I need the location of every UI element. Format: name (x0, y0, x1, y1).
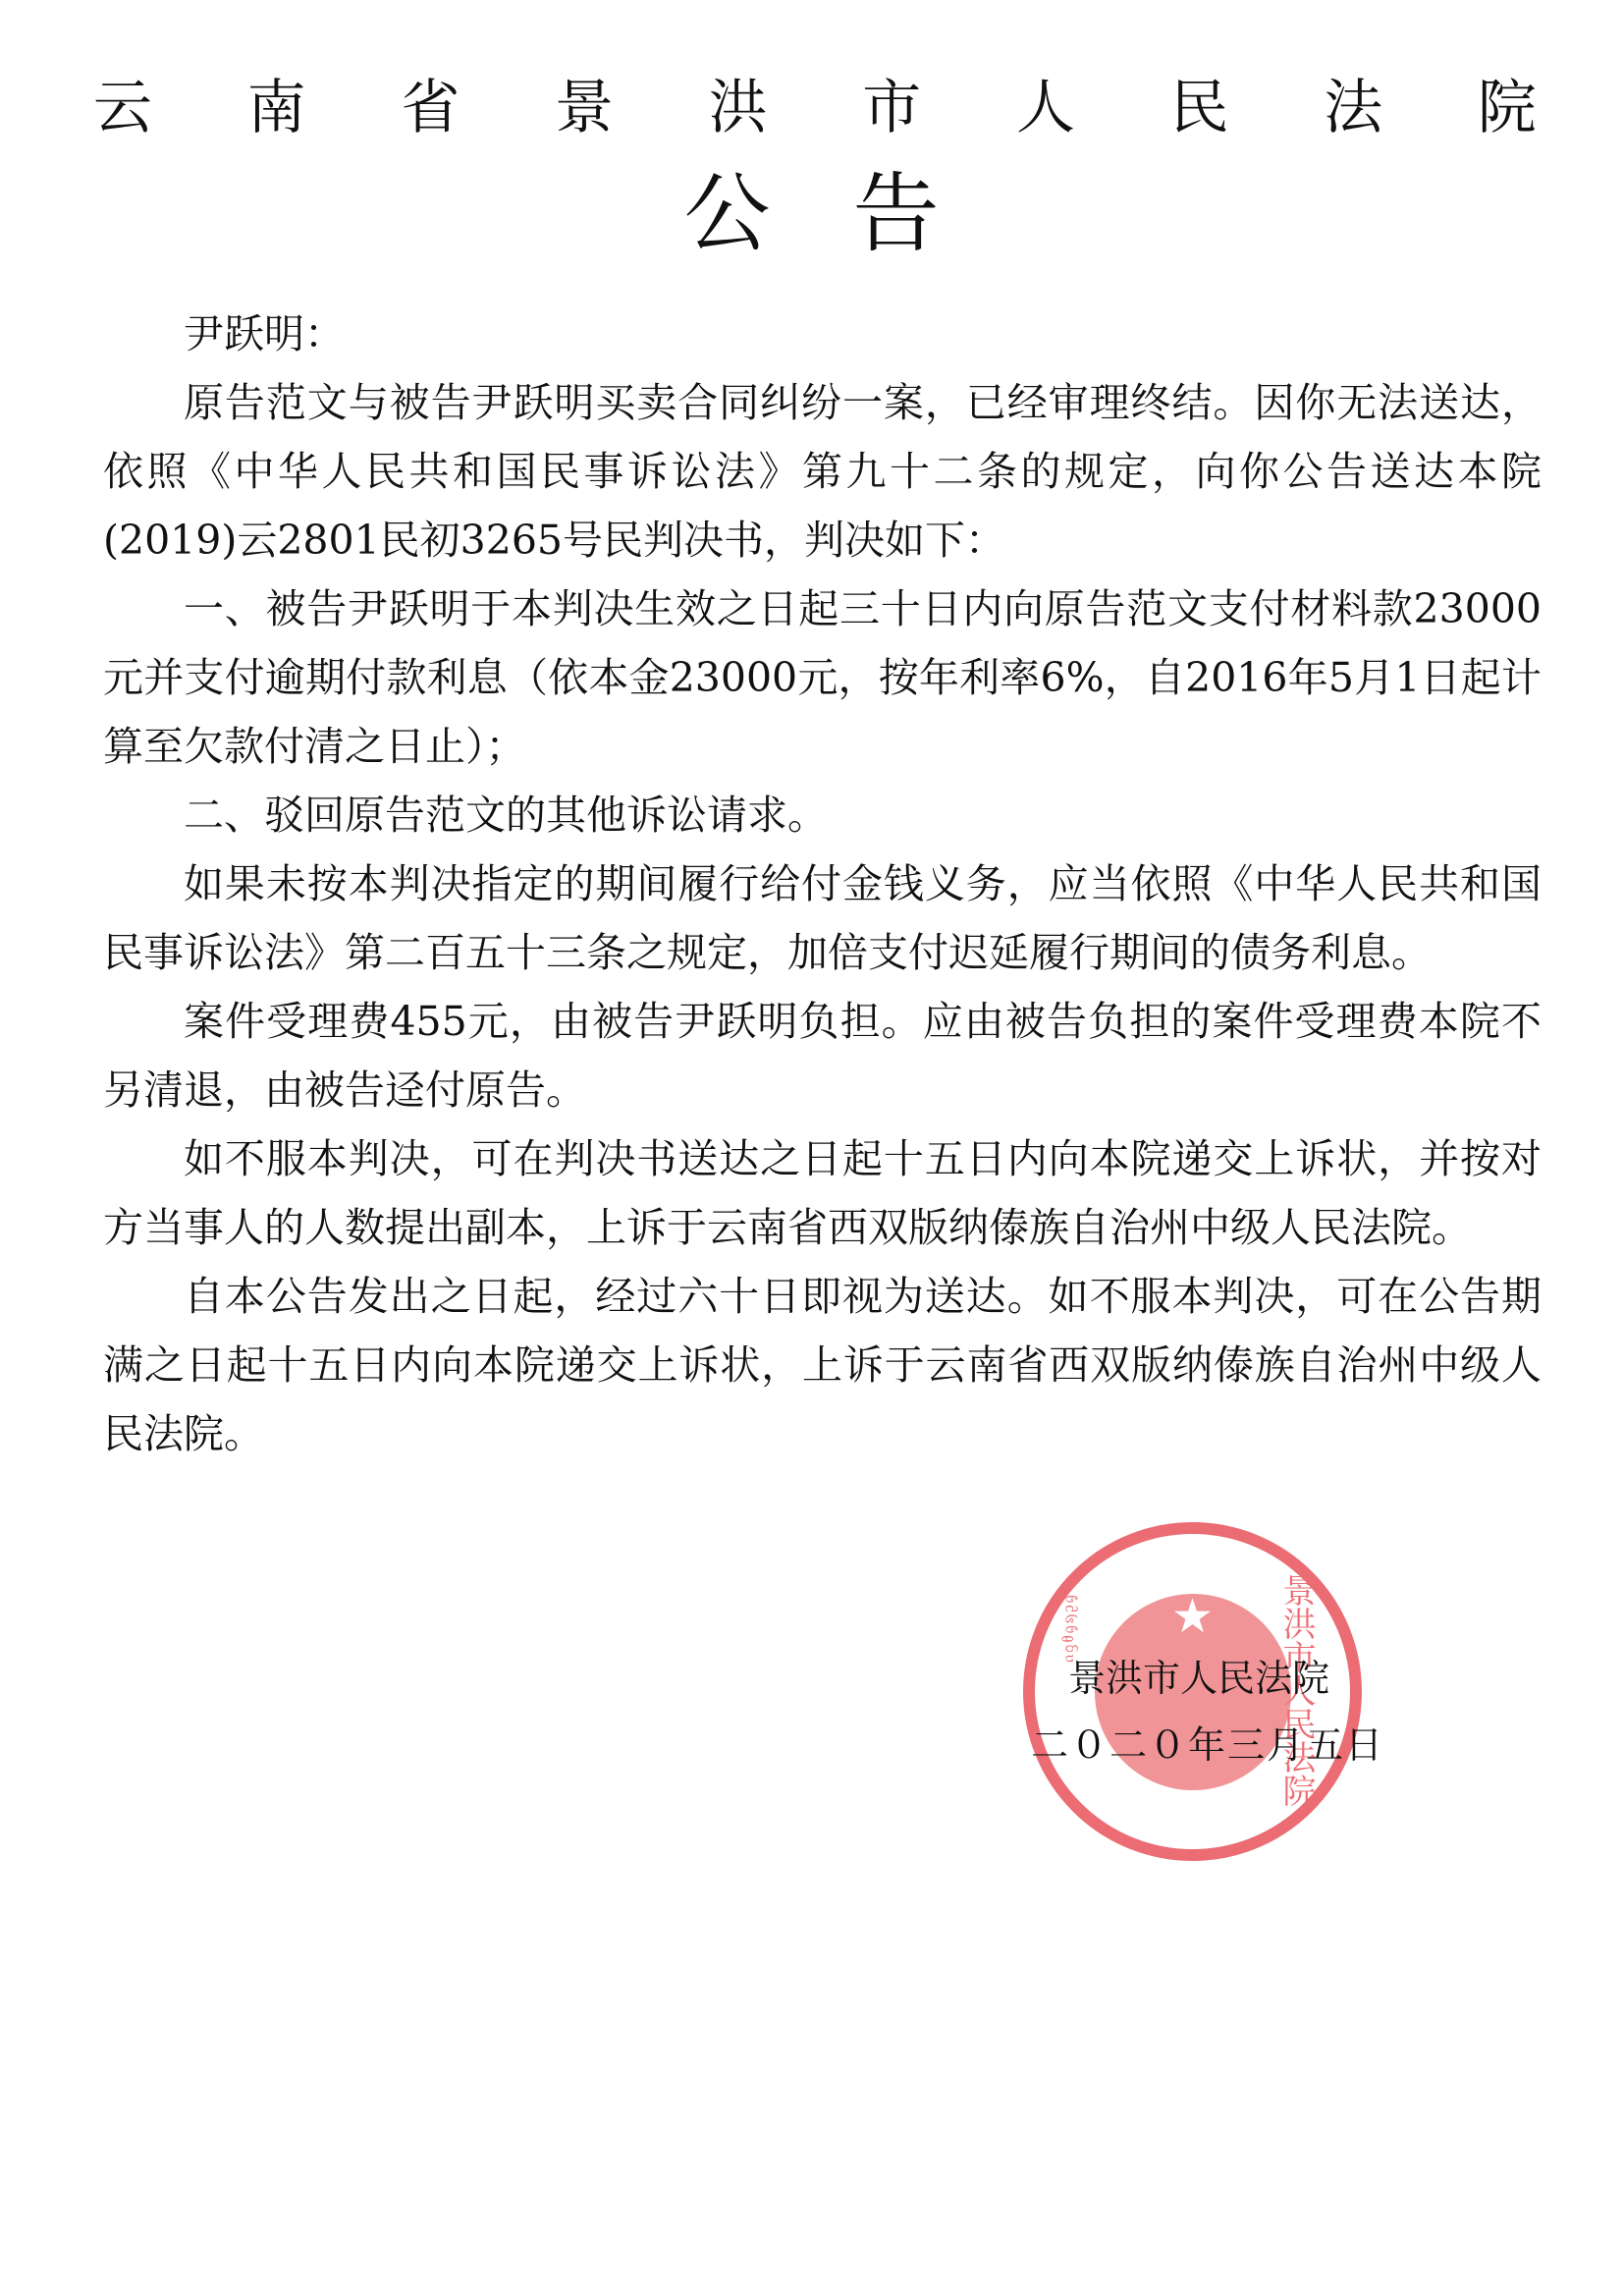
court-title-char: 法 (1324, 74, 1382, 142)
paragraph-appeal: 如不服本判决，可在判决书送达之日起十五日内向本院递交上诉状，并按对方当事人的人数… (103, 1124, 1542, 1262)
paragraph-late-payment: 如果未按本判决指定的期间履行给付金钱义务，应当依照《中华人民共和国民事诉讼法》第… (103, 849, 1542, 987)
court-title-char: 景 (555, 74, 614, 142)
notice-body: 尹跃明： 原告范文与被告尹跃明买卖合同纠纷一案，已经审理终结。因你无法送达，依照… (103, 300, 1542, 1468)
court-title-char: 省 (401, 74, 460, 142)
paragraph-service: 自本公告发出之日起，经过六十日即视为送达。如不服本判决，可在公告期满之日起十五日… (103, 1262, 1542, 1468)
court-title-char: 院 (1478, 74, 1537, 142)
court-title: 云 南 省 景 洪 市 人 民 法 院 (93, 74, 1537, 142)
court-title-char: 云 (93, 74, 152, 142)
notice-title-char: 告 (853, 165, 940, 263)
paragraph-case-intro: 原告范文与被告尹跃明买卖合同纠纷一案，已经审理终结。因你无法送达，依照《中华人民… (103, 368, 1542, 574)
paragraph-case-fee: 案件受理费455元，由被告尹跃明负担。应由被告负担的案件受理费本院不另清退，由被… (103, 987, 1542, 1124)
signature-date: 二０二０年三月五日 (1031, 1712, 1384, 1778)
signature-court: 景洪市人民法院 (1068, 1645, 1384, 1712)
court-title-char: 人 (1016, 74, 1075, 142)
court-title-char: 南 (247, 74, 306, 142)
notice-title: 公告 (0, 165, 1623, 263)
court-title-char: 洪 (709, 74, 768, 142)
addressee: 尹跃明： (103, 300, 1542, 368)
paragraph-judgment-2: 二、驳回原告范文的其他诉讼请求。 (103, 781, 1542, 849)
paragraph-judgment-1: 一、被告尹跃明于本判决生效之日起三十日内向原告范文支付材料款23000元并支付逾… (103, 574, 1542, 781)
signature-block: 景洪市人民法院 二０二０年三月五日 (1068, 1645, 1384, 1778)
court-title-char: 市 (862, 74, 921, 142)
notice-title-char: 公 (683, 165, 770, 263)
court-title-char: 民 (1170, 74, 1229, 142)
star-icon: ★ (1171, 1593, 1214, 1640)
